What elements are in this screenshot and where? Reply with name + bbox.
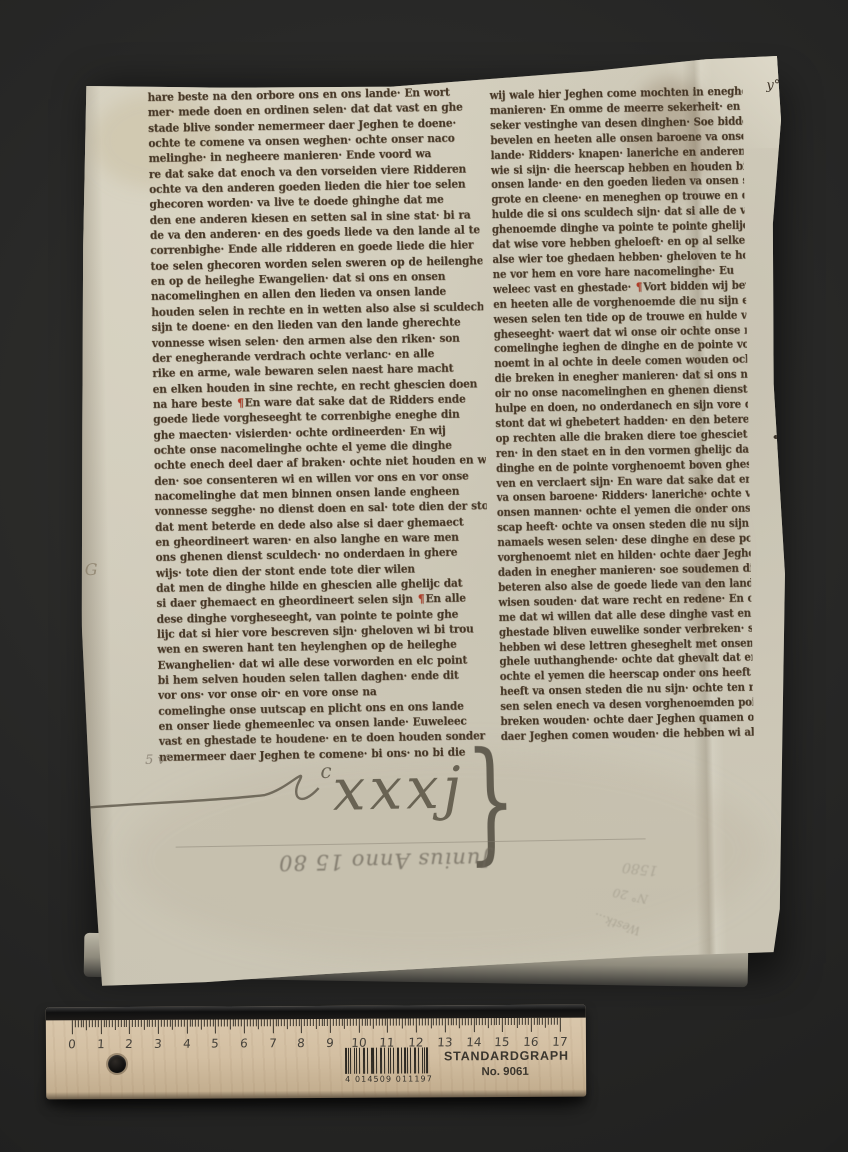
ruler-tick	[80, 1020, 81, 1027]
ruler-tick	[144, 1020, 145, 1030]
ruler-tick	[488, 1018, 489, 1028]
inverted-ink-inscription: Junius Anno 15 80	[244, 847, 524, 876]
ruler-tick	[118, 1020, 119, 1027]
ruler-tick	[166, 1020, 167, 1027]
barcode-bar	[418, 1047, 419, 1073]
ruler-tick	[516, 1018, 517, 1028]
text-column-right: wij wale hier Jeghen come mochten in ene…	[489, 85, 753, 745]
barcode-bar	[348, 1048, 349, 1074]
ruler-tick	[204, 1020, 205, 1027]
ruler-tick	[278, 1019, 279, 1026]
ruler-tick	[453, 1018, 454, 1025]
brand-name: STANDARDGRAPH	[444, 1049, 566, 1064]
ruler-tick	[146, 1020, 147, 1027]
barcode-bar	[381, 1048, 382, 1074]
ruler-tick	[304, 1019, 305, 1026]
ruler-tick	[476, 1018, 477, 1025]
ruler-number: 17	[549, 1035, 570, 1049]
ruler: 4 014509 011197 STANDARDGRAPH No. 9061 0…	[46, 1005, 586, 1100]
ruler-tick	[83, 1020, 84, 1027]
ruler-tick	[393, 1019, 394, 1026]
ruler-tick	[519, 1018, 520, 1025]
barcode-bar	[393, 1048, 394, 1074]
ruler-tick	[221, 1019, 222, 1026]
ruler-tick	[384, 1019, 385, 1026]
ruler-tick	[281, 1019, 282, 1026]
ruler-tick	[551, 1018, 552, 1025]
ruler-tick	[559, 1018, 560, 1032]
ruler-number: 12	[406, 1035, 427, 1049]
ruler-tick	[493, 1018, 494, 1025]
barcode-bar	[367, 1048, 368, 1074]
ruler-tick	[445, 1018, 446, 1032]
ruler-tick	[92, 1020, 93, 1027]
ruler-tick	[413, 1018, 414, 1025]
ruler-tick	[95, 1020, 96, 1027]
ruler-tick	[316, 1019, 317, 1029]
ruler-tick	[491, 1018, 492, 1025]
ruler-tick	[121, 1020, 122, 1027]
ruler-tick	[387, 1019, 388, 1033]
barcode-bar	[384, 1048, 385, 1074]
ruler-tick	[339, 1019, 340, 1026]
ruler-number: 15	[492, 1035, 513, 1049]
ruler-tick	[419, 1018, 420, 1025]
ruler-tick	[227, 1019, 228, 1026]
ruler-tick	[267, 1019, 268, 1026]
ruler-tick	[405, 1019, 406, 1026]
barcode-bar	[390, 1048, 391, 1074]
ruler-number: 14	[463, 1035, 484, 1049]
ruler-tick	[161, 1020, 162, 1027]
ruler-tick	[258, 1019, 259, 1029]
ruler-tick	[370, 1019, 371, 1026]
ruler-tick	[293, 1019, 294, 1026]
ruler-number: 8	[291, 1036, 312, 1050]
ruler-tick	[275, 1019, 276, 1026]
ruler-tick	[433, 1018, 434, 1025]
ruler-tick	[141, 1020, 142, 1027]
roman-numeral-flourish: c xxxj	[68, 735, 500, 837]
ruler-tick	[313, 1019, 314, 1026]
ruler-tick	[244, 1019, 245, 1033]
ruler-tick	[215, 1020, 216, 1034]
ruler-tick	[189, 1020, 190, 1027]
barcode-bar	[415, 1047, 416, 1073]
ruler-tick	[284, 1019, 285, 1026]
ruler-tick	[430, 1018, 431, 1028]
ruler-tick	[207, 1020, 208, 1027]
ruler-tick	[321, 1019, 322, 1026]
ruler-tick	[356, 1019, 357, 1026]
ruler-tick	[341, 1019, 342, 1026]
manuscript-page: hare beste na den orbore ons en ons land…	[70, 54, 800, 988]
ruler-tick	[373, 1019, 374, 1029]
ruler-tick	[390, 1019, 391, 1026]
ruler-tick	[155, 1020, 156, 1027]
ruler-tick	[539, 1018, 540, 1025]
ruler-tick	[109, 1020, 110, 1027]
ruler-tick	[103, 1020, 104, 1027]
ruler-tick	[528, 1018, 529, 1025]
ruler-tick	[399, 1019, 400, 1026]
barcode-bar	[364, 1048, 365, 1074]
ruler-tick	[209, 1020, 210, 1027]
ruler-tick	[525, 1018, 526, 1025]
ruler-tick	[367, 1019, 368, 1026]
ruler-tick	[505, 1018, 506, 1025]
ruler-tick	[138, 1020, 139, 1027]
ruler-tick	[376, 1019, 377, 1026]
barcode-bar	[404, 1048, 406, 1074]
barcode-bar	[376, 1048, 377, 1074]
ruler-tick	[554, 1018, 555, 1025]
ruler-tick	[482, 1018, 483, 1025]
barcode-bar	[426, 1047, 428, 1073]
barcode-bar	[410, 1048, 411, 1074]
ruler-tick	[318, 1019, 319, 1026]
barcode-bar	[359, 1048, 360, 1074]
ruler-tick	[132, 1020, 133, 1027]
barcode-bar	[350, 1048, 351, 1074]
ruler-tick	[557, 1018, 558, 1025]
ruler-tick	[522, 1018, 523, 1025]
ruler-tick	[247, 1019, 248, 1026]
ruler-tick	[534, 1018, 535, 1025]
ruler-tick	[255, 1019, 256, 1026]
ruler-tick	[536, 1018, 537, 1025]
ruler-tick	[98, 1020, 99, 1027]
ruler-tick	[78, 1020, 79, 1027]
ruler-tick	[336, 1019, 337, 1026]
ruler-tick	[172, 1020, 173, 1030]
photograph: hare beste na den orbore ons en ons land…	[0, 0, 848, 1152]
ruler-number: 16	[520, 1035, 541, 1049]
ruler-tick	[224, 1019, 225, 1026]
ruler-tick	[212, 1020, 213, 1027]
ruler-tick	[531, 1018, 532, 1032]
ruler-tick	[135, 1020, 136, 1027]
ruler-tick	[344, 1019, 345, 1029]
ruler-tick	[470, 1018, 471, 1025]
flourish-numeral: xxxj	[332, 754, 465, 824]
rubric-paragraph-mark: ¶	[417, 593, 426, 606]
ruler-tick	[184, 1020, 185, 1027]
ruler-tick	[241, 1019, 242, 1026]
ruler-tick	[164, 1020, 165, 1027]
ruler-tick	[238, 1019, 239, 1026]
ruler-tick	[232, 1019, 233, 1026]
ruler-tick	[218, 1020, 219, 1027]
ruler-tick	[330, 1019, 331, 1033]
ruler-tick	[439, 1018, 440, 1025]
ruler-tick	[296, 1019, 297, 1026]
ruler-tick	[468, 1018, 469, 1025]
ruler-tick	[508, 1018, 509, 1025]
ruler-tick	[402, 1019, 403, 1029]
ruler-tick	[250, 1019, 251, 1026]
ruler-number: 11	[377, 1036, 398, 1050]
ruler-tick	[129, 1020, 130, 1034]
ruler-tick	[178, 1020, 179, 1027]
ruler-tick	[462, 1018, 463, 1025]
ruler-number: 0	[62, 1037, 83, 1051]
barcode-bar	[424, 1047, 425, 1073]
ruler-tick	[181, 1020, 182, 1027]
ruler-tick	[198, 1020, 199, 1027]
ruler-tick	[499, 1018, 500, 1025]
ruler-tick	[86, 1020, 87, 1030]
ruler-tick	[364, 1019, 365, 1026]
ruler-number: 5	[205, 1036, 226, 1050]
ruler-tick	[301, 1019, 302, 1033]
ruler-tick	[201, 1020, 202, 1030]
barcode-bar	[398, 1048, 399, 1074]
ruler-tick	[416, 1018, 417, 1032]
ruler-tick	[456, 1018, 457, 1025]
ruler-tick	[192, 1020, 193, 1027]
corner-annotation: y°	[766, 78, 780, 93]
ruler-tick	[101, 1020, 102, 1034]
ruler-tick	[361, 1019, 362, 1026]
ruler-number: 2	[119, 1037, 140, 1051]
ruler-tick	[112, 1020, 113, 1027]
ruler-tick	[327, 1019, 328, 1026]
text-column-left: hare beste na den orbore ons en ons land…	[147, 85, 491, 766]
ruler-tick	[89, 1020, 90, 1027]
ruler-tick	[473, 1018, 474, 1032]
barcode-bar	[345, 1048, 347, 1074]
ruler-tick	[545, 1018, 546, 1028]
ruler-tick	[230, 1019, 231, 1029]
ruler-tick	[496, 1018, 497, 1025]
ruler-tick	[126, 1020, 127, 1027]
ruler-tick	[187, 1020, 188, 1034]
ruler-tick	[442, 1018, 443, 1025]
ruler-tick	[347, 1019, 348, 1026]
ruler-tick	[333, 1019, 334, 1026]
ruler-tick	[542, 1018, 543, 1025]
barcode-bar	[407, 1048, 408, 1074]
ruler-tick	[379, 1019, 380, 1026]
ruler-number: 10	[348, 1036, 369, 1050]
barcode-bar	[401, 1048, 402, 1074]
ruler-tick	[407, 1019, 408, 1026]
ruler-tick	[513, 1018, 514, 1025]
barcode-bar	[372, 1048, 374, 1074]
ruler-tick	[448, 1018, 449, 1025]
barcode: 4 014509 011197	[345, 1047, 431, 1087]
ruler-number: 3	[148, 1037, 169, 1051]
ruler-tick	[252, 1019, 253, 1026]
ruler-number: 4	[176, 1037, 197, 1051]
ruler-tick	[72, 1020, 73, 1034]
ruler-tick	[396, 1019, 397, 1026]
ruler-tick	[324, 1019, 325, 1026]
flourish-superscript: c	[320, 759, 332, 783]
ruler-tick	[548, 1018, 549, 1025]
brand-model-number: No. 9061	[444, 1066, 566, 1079]
ruler-tick	[479, 1018, 480, 1025]
ruler-tick	[287, 1019, 288, 1029]
ruler-tick	[485, 1018, 486, 1025]
ruler-tick	[450, 1018, 451, 1025]
ruler-tick	[298, 1019, 299, 1026]
margin-mark: G	[85, 560, 98, 579]
ruler-tick	[115, 1020, 116, 1030]
ruler-number: 7	[262, 1036, 283, 1050]
ruler-tick	[106, 1020, 107, 1027]
ruler-branding: STANDARDGRAPH No. 9061	[444, 1049, 566, 1079]
ruler-tick	[359, 1019, 360, 1033]
ruler-tick	[273, 1019, 274, 1033]
ruler-tick	[353, 1019, 354, 1026]
ruler-tick	[307, 1019, 308, 1026]
ruler-tick	[310, 1019, 311, 1026]
ruler-tick	[427, 1018, 428, 1025]
ruler-tick	[261, 1019, 262, 1026]
ruler-tick	[290, 1019, 291, 1026]
ruler-tick	[350, 1019, 351, 1026]
ruler-tick	[175, 1020, 176, 1027]
ruler-tick	[169, 1020, 170, 1027]
barcode-digits: 4 014509 011197	[345, 1074, 431, 1083]
ruler-tick	[459, 1018, 460, 1028]
ruler-tick	[511, 1018, 512, 1025]
ruler-tick	[270, 1019, 271, 1026]
ruler-tick	[436, 1018, 437, 1025]
ruler-tick	[75, 1020, 76, 1027]
barcode-bar	[354, 1048, 355, 1074]
rubric-paragraph-mark: ¶	[635, 281, 644, 294]
ruler-tick	[410, 1019, 411, 1026]
ruler-tick	[502, 1018, 503, 1032]
ruler-tick	[235, 1019, 236, 1026]
ruler-tick	[195, 1020, 196, 1027]
ruler-tick	[465, 1018, 466, 1025]
barcode-bar	[356, 1048, 357, 1074]
ruler-tick	[425, 1018, 426, 1025]
left-edge-shading	[70, 66, 116, 988]
ruler-tick	[149, 1020, 150, 1027]
barcode-bars	[345, 1047, 431, 1073]
ruler-tick	[422, 1018, 423, 1025]
ruler-tick	[152, 1020, 153, 1027]
ruler-number: 6	[234, 1036, 255, 1050]
ruler-tick	[264, 1019, 265, 1026]
ruler-tick	[158, 1020, 159, 1034]
ruler-number: 9	[320, 1036, 341, 1050]
ruler-hang-hole	[108, 1055, 126, 1073]
ruler-number: 13	[434, 1035, 455, 1049]
ruler-tick	[382, 1019, 383, 1026]
rubric-paragraph-mark: ¶	[236, 397, 245, 410]
ruler-tick	[123, 1020, 124, 1027]
ruler-number: 1	[90, 1037, 111, 1051]
